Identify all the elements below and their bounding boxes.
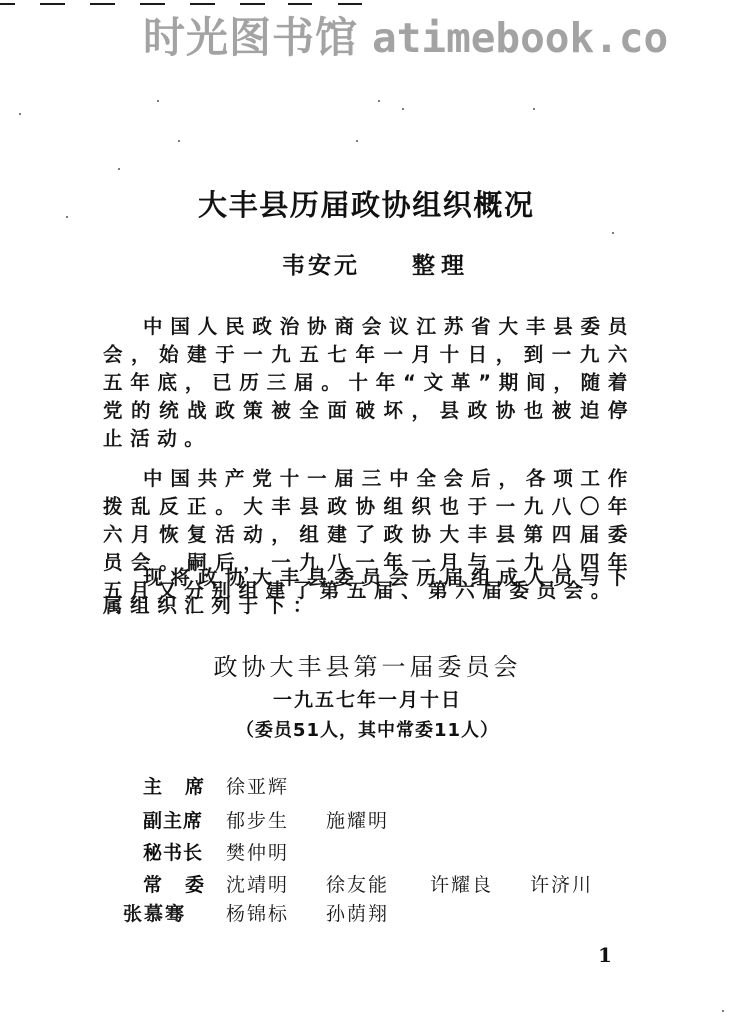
member-name: 孙荫翔 <box>326 900 389 928</box>
roster-row-secretary-general: 秘书长 樊仲明 <box>0 839 735 867</box>
scan-speck <box>722 1010 724 1012</box>
section-heading: 政协大丰县第一届委员会 <box>0 651 735 683</box>
scan-edge-dash <box>140 3 165 5</box>
scan-speck <box>402 108 404 110</box>
scan-speck <box>66 216 68 218</box>
roster-row-standing-committee-continued: 张慕骞 杨锦标 孙荫翔 <box>0 900 735 928</box>
watermark-site: atimebook.co <box>372 14 668 62</box>
author-role: 整理 <box>412 252 470 279</box>
scan-speck <box>157 100 159 102</box>
scan-edge-dash <box>338 3 362 5</box>
member-name: 徐亚辉 <box>226 773 289 801</box>
role-label-secretary-general: 秘书长 <box>143 839 205 867</box>
scan-speck <box>356 140 358 142</box>
member-name: 徐友能 <box>326 871 389 899</box>
watermark: 时光图书馆atimebook.co <box>143 14 668 62</box>
role-label-char: 席 <box>185 773 205 801</box>
role-label-standing-committee: 常 委 <box>143 871 205 899</box>
scan-edge-dash <box>240 3 265 5</box>
roster-row-vice-chair: 副主席 郁步生 施耀明 <box>0 807 735 835</box>
scan-speck <box>118 168 120 170</box>
paragraph-intro: 中国人民政治协商会议江苏省大丰县委员会，始建于一九五七年一月十日，到一九六五年底… <box>103 313 635 453</box>
scan-edge-dash <box>190 3 215 5</box>
role-label-chair: 主 席 <box>143 773 205 801</box>
member-name: 许济川 <box>530 871 593 899</box>
section-member-count: （委员51人，其中常委11人） <box>0 718 735 744</box>
roster-row-chair: 主 席 徐亚辉 <box>0 773 735 801</box>
role-label-char: 主 <box>143 773 163 801</box>
member-name: 杨锦标 <box>226 900 289 928</box>
author-name: 韦安元 <box>282 252 360 279</box>
document-title: 大丰县历届政协组织概况 <box>198 186 535 224</box>
watermark-chinese: 时光图书馆 <box>143 13 358 62</box>
scan-speck <box>378 100 380 102</box>
scan-edge-dash <box>288 3 312 5</box>
byline: 韦安元整理 <box>282 251 470 281</box>
member-name: 张慕骞 <box>123 900 186 928</box>
scan-edge-dash <box>0 3 15 5</box>
scan-speck <box>178 140 180 142</box>
roster-row-standing-committee: 常 委 沈靖明 徐友能 许耀良 许济川 <box>0 871 735 899</box>
member-name: 许耀良 <box>430 871 493 899</box>
role-label-char: 委 <box>185 871 205 899</box>
scan-edge-dash <box>90 3 115 5</box>
member-name: 郁步生 <box>226 807 289 835</box>
member-name: 沈靖明 <box>226 871 289 899</box>
scan-speck <box>533 108 535 110</box>
paragraph-listing-intro: 现将政协大丰县委员会历届组成人员与下属组织汇列于下： <box>103 564 635 620</box>
scan-edge-dash <box>40 3 65 5</box>
member-name: 施耀明 <box>326 807 389 835</box>
role-label-char: 常 <box>143 871 163 899</box>
member-name: 樊仲明 <box>226 839 289 867</box>
scan-speck <box>19 113 21 115</box>
page-number: 1 <box>598 942 612 968</box>
scan-speck <box>612 232 614 234</box>
role-label-vice-chair: 副主席 <box>143 807 205 835</box>
section-date: 一九五七年一月十日 <box>0 687 735 713</box>
